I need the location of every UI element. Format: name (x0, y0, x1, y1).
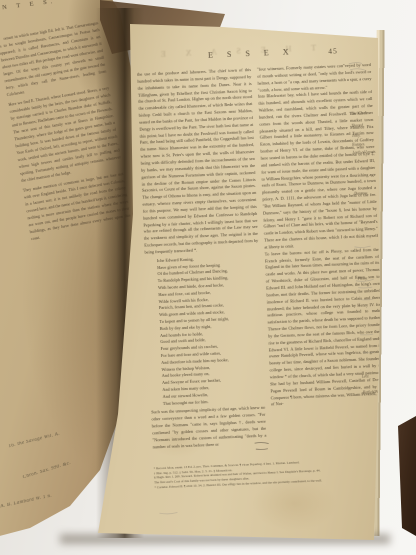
handwritten-annotation: Chron. Sax. 990. &c. (22, 461, 71, 480)
right-page-content: T H E S A X E E S S E X 45 the use of th… (89, 14, 403, 555)
left-page-running-header: N T E S. (2, 0, 57, 11)
book-cover-corner (390, 412, 416, 540)
handwritten-annotation: A. B. Lambard W. 1 n. (0, 494, 53, 510)
book-photo: N T E S. return in which some high Ed. l… (0, 0, 416, 555)
pencil-marginalia (89, 14, 403, 555)
handwritten-annotation: 16. the Savage Wil. A. (8, 432, 60, 450)
right-page: T H E S A X E E S S E X 45 the use of th… (90, 14, 382, 546)
